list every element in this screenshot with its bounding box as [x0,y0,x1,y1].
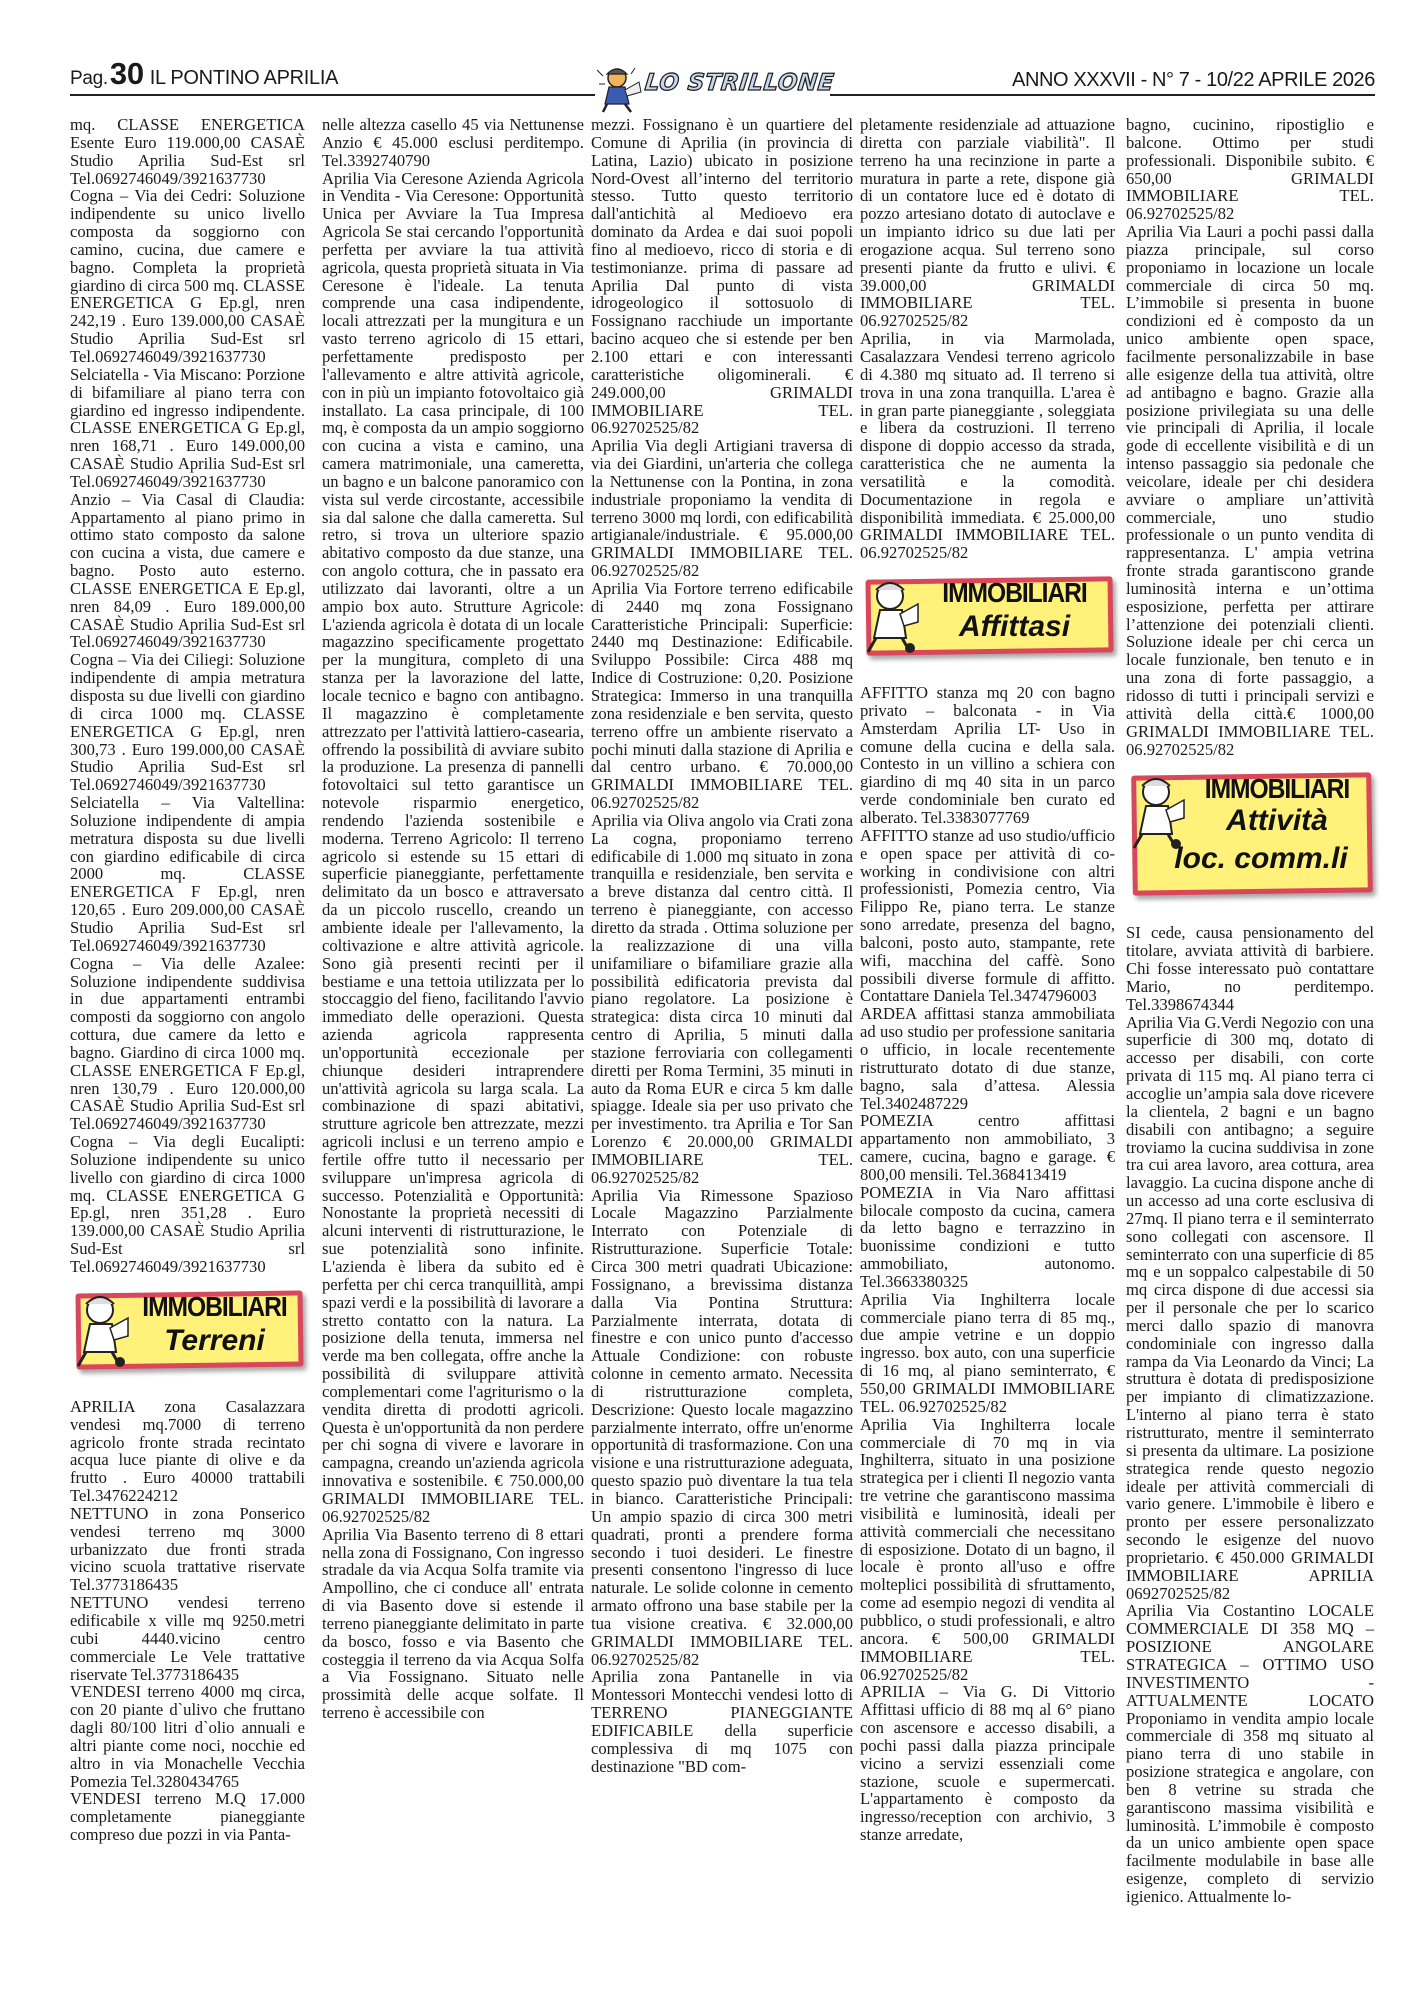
classified-ad: Aprilia Via Inghilterra locale commercia… [860,1416,1115,1684]
classified-ad: Aprilia zona Pantanelle in via Montessor… [591,1668,853,1775]
classified-ad: Cogna – Via degli Eucalipti: Soluzione i… [70,1133,305,1276]
classified-ad: AFFITTO stanza mq 20 con bagno privato –… [860,684,1115,827]
classified-ad: APRILIA – Via G. Di Vittorio Affittasi u… [860,1683,1115,1844]
page-prefix: Pag. [70,68,108,89]
banner-subtitle: Affittasi [922,618,1107,636]
classified-ad: Aprilia Via Rimessone Spazioso Locale Ma… [591,1187,853,1669]
classified-ad: APRILIA zona Casalazzara vendesi mq.7000… [70,1398,305,1505]
newsboy-mascot-icon [860,574,920,656]
spacer [1126,910,1374,924]
banner-title: IMMOBILIARI [933,584,1096,602]
classified-ad: AFFITTO stanze ad uso studio/ufficio e o… [860,827,1115,1005]
classified-ad: Aprilia Via Basento terreno di 8 ettari … [322,1526,584,1722]
classified-ad: ARDEA affittasi stanza ammobiliata ad us… [860,1005,1115,1112]
spacer [860,670,1115,684]
classified-ad: Aprilia via Oliva angolo via Crati zona … [591,812,853,1187]
logo-text: LO STRILLONE [644,70,836,96]
classified-ad: Aprilia Via Fortore terreno edificabile … [591,580,853,812]
classified-ad: Aprilia Via Lauri a pochi passi dalla pi… [1126,223,1374,758]
column-5: bagno, cucinino, ripostiglio e balcone. … [1126,116,1374,1906]
classified-ad: Aprilia Via Costantino LOCALE COMMERCIAL… [1126,1602,1374,1905]
banner-subtitle: Terreni [132,1332,297,1350]
classified-ad: VENDESI terreno M.Q 17.000 completamente… [70,1790,305,1844]
classified-ad: NETTUNO in zona Ponserico vendesi terren… [70,1505,305,1594]
banner-subtitle: Attività [1188,812,1366,830]
classified-ad: bagno, cucinino, ripostiglio e balcone. … [1126,116,1374,223]
classified-ad: SI cede, causa pensionamento del titolar… [1126,924,1374,1013]
newsboy-mascot-icon [595,64,643,114]
publication-name: IL PONTINO APRILIA [150,67,338,89]
column-1: mq. CLASSE ENERGETICA Esente Euro 119.00… [70,116,305,1844]
classified-ad: Selciatella – Via Valtellina: Soluzione … [70,794,305,955]
section-banner-attivita: IMMOBILIARI Attività loc. comm.li [1126,768,1374,900]
classified-ad: NETTUNO vendesi terreno edificabile x vi… [70,1594,305,1683]
classified-ad: Aprilia Via G.Verdi Negozio con una supe… [1126,1014,1374,1603]
newsboy-mascot-icon [70,1288,130,1370]
page-number: 30 [110,56,144,91]
classified-ad: mezzi. Fossignano è un quartiere del Com… [591,116,853,437]
classified-ad: Cogna – Via delle Azalee: Soluzione indi… [70,955,305,1133]
classified-ad: Aprilia, in via Marmolada, Casalazzara V… [860,330,1115,562]
spacer [70,1384,305,1398]
banner-title: IMMOBILIARI [1199,780,1356,798]
classified-ad: Cogna – Via dei Cedri: Soluzione indipen… [70,187,305,365]
strillone-logo: LO STRILLONE [595,64,830,114]
section-banner-affittasi: IMMOBILIARI Affittasi [860,572,1115,660]
column-2: nelle altezza casello 45 via Nettunense … [322,116,584,1722]
classified-ad: POMEZIA in Via Naro affittasi bilocale c… [860,1184,1115,1291]
classified-ad: VENDESI terreno 4000 mq circa, con 20 pi… [70,1683,305,1790]
classified-ad: Aprilia Via Ceresone Azienda Agricola in… [322,170,584,1526]
issue-info: ANNO XXXVII - N° 7 - 10/22 APRILE 2026 [1012,69,1375,92]
classified-ad: Aprilia Via degli Artigiani traversa di … [591,437,853,580]
classified-ad: Aprilia Via Inghilterra locale commercia… [860,1291,1115,1416]
column-3: mezzi. Fossignano è un quartiere del Com… [591,116,853,1775]
classified-ad: Selciatella - Via Miscano: Porzione di b… [70,366,305,491]
newsboy-mascot-icon [1126,770,1186,852]
classified-ad: nelle altezza casello 45 via Nettunense … [322,116,584,170]
section-banner-terreni: IMMOBILIARI Terreni [70,1286,305,1374]
banner-subtitle-2: loc. comm.li [1156,850,1366,868]
classified-ad: mq. CLASSE ENERGETICA Esente Euro 119.00… [70,116,305,187]
classified-ad: Anzio – Via Casal di Claudia: Appartamen… [70,491,305,652]
classified-ad: pletamente residenziale ad attuazione di… [860,116,1115,330]
column-4: pletamente residenziale ad attuazione di… [860,116,1115,1844]
classified-ad: POMEZIA centro affittasi appartamento no… [860,1112,1115,1183]
page-header-left: Pag.30IL PONTINO APRILIA [70,56,338,92]
classified-ad: Cogna – Via dei Ciliegi: Soluzione indip… [70,651,305,794]
banner-title: IMMOBILIARI [142,1298,287,1316]
